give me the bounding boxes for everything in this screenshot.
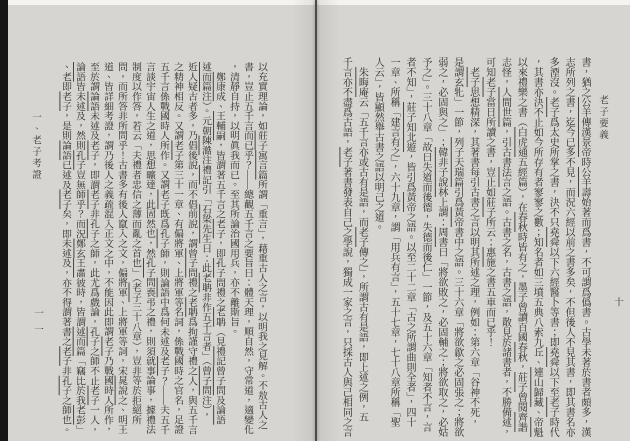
proper-noun-mark: 老子 <box>547 97 558 117</box>
text-column: 制度以作答，若云「夫禮者忠信之薄而亂之首也」（老子三十八章），豈非等於拒絕所 <box>128 62 142 441</box>
book-scan-spread: 老子要義 十 書，猶之公羊傳漢景帝時公羊壽始著而爲書，不可謂爲僞書。古學未著於書… <box>0 0 630 441</box>
proper-noun-mark: 王輔嗣 <box>214 111 225 140</box>
proper-noun-mark: 黃帝 <box>404 192 415 212</box>
proper-noun-mark: 論語 <box>88 91 99 111</box>
proper-noun-mark: 寓言篇 <box>256 150 267 179</box>
running-head-book-title: 老子要義 <box>595 95 609 141</box>
proper-noun-mark: 禮記 <box>214 346 225 366</box>
proper-noun-mark: 老彭 <box>74 405 85 425</box>
proper-noun-mark: 白虎通 <box>515 127 526 157</box>
text-column: 問，而所答非所問乎！古書多有後人竄入之文，偏將軍、上將軍等詞，宋晁說之、明王 <box>114 62 128 441</box>
proper-noun-mark: 莊子 <box>404 102 415 122</box>
proper-noun-mark: 莊子 <box>484 197 495 217</box>
text-column: 志所列之書，迄今已多不見，而況六經以前之書多矣，不但後人不見其書，即其書名亦 <box>560 57 576 439</box>
proper-noun-mark: 列子 <box>452 137 463 157</box>
gutter-shadow-left <box>291 0 315 441</box>
text-column: 千言亦不盡爲古語，老子著書發表自己之學說，獨成一家之言，只採古人與己相同之言 <box>338 57 354 439</box>
proper-noun-mark: 述而篇 <box>74 327 85 356</box>
proper-noun-mark: 春秋 <box>515 212 526 232</box>
text-column: 志怪，人間世篇，引古書法言之語。古書之名，古書之語，散見於諸書者，不勝備述， <box>497 57 513 439</box>
text-column: 書，猶之公羊傳漢景帝時公羊壽始著而爲書，不可謂爲僞書。古學未著於書者頗多，漢 <box>576 57 592 439</box>
proper-noun-mark: 韓非子 <box>436 147 447 177</box>
proper-noun-mark: 論語 <box>158 278 169 298</box>
proper-noun-mark: 禮記 <box>200 165 211 185</box>
proper-noun-mark: 惠施 <box>484 247 495 267</box>
text-column: 以來禮樂之書（白虎通五經篇），在春秋時皆有之，墨子曾讀百國春秋，莊子曾閱齊諧 <box>512 57 528 439</box>
text-column: 述而篇注）。元朝陳澔注禮記引「石梁先生曰：此老聃非作五千言者」（曾子問注）， <box>198 62 212 441</box>
proper-noun-mark: 漢景帝 <box>579 127 590 157</box>
text-column: 可知老子當日所讀之書，豈止如莊子所云：惠施之書五車而已乎！ <box>481 57 497 439</box>
proper-noun-mark: 老聃 <box>186 297 197 317</box>
text-column: 以充實理論，如莊子寓言篇所謂「重言」，藉重古人之言，以明我之見解。不敖古人之 <box>254 62 268 441</box>
text-column: 鄭康成、王輔嗣，皆謂著五千言之老子，即孔子問禮之老聃（見禮記曾子問及論語 <box>212 62 226 441</box>
proper-noun-mark: 孔子 <box>74 150 85 170</box>
text-column: 弱之，必固與之」；韓非子說林上謂：周書曰「將欲敗之，必固輔之；將欲取之，必姑 <box>433 57 449 439</box>
proper-noun-mark: 老子 <box>88 189 99 209</box>
proper-noun-mark: 曾子問 <box>214 366 225 395</box>
proper-noun-mark: 老子 <box>214 219 225 239</box>
scan-left-edge <box>0 0 8 441</box>
proper-noun-mark: 堯舜 <box>547 227 558 247</box>
proper-noun-mark: 石梁先生 <box>200 204 211 243</box>
proper-noun-mark: 孔子 <box>214 258 225 278</box>
proper-noun-mark: 老子 <box>88 140 99 160</box>
text-column: 近人疑古者多，乃倡後說，而不倡前說，謂曾子問禮之老聃爲拘謹守禮之人，與五千言 <box>184 62 198 441</box>
text-column: ，其書亦決不止如今所存有者寥寥之數；知名者如三墳五典八索九丘、連山歸藏、帝魁 <box>528 57 544 439</box>
proper-noun-mark: 孔子 <box>88 327 99 347</box>
proper-noun-mark: 帝魁 <box>531 417 542 437</box>
proper-noun-mark: 朱晦庵 <box>356 67 367 97</box>
page-number-right: 十 <box>610 297 624 307</box>
proper-noun-mark: 孔子 <box>158 229 169 249</box>
page-number-left: 一一 <box>30 308 44 341</box>
proper-noun-mark: 人間世篇 <box>499 87 510 127</box>
proper-noun-mark: 老子 <box>547 397 558 417</box>
proper-noun-mark: 莊子 <box>515 372 526 392</box>
proper-noun-mark: 老子 <box>130 283 141 303</box>
proper-noun-mark: 法言 <box>499 167 510 187</box>
proper-noun-mark: 老聃 <box>200 273 211 293</box>
margin-chapter-label: 一、老子考證 <box>28 112 42 181</box>
text-column: 五千言係戰國時人所作。又謂老子既爲孔子師，則論語中爲何未述及老子？——夫五千 <box>156 62 170 441</box>
text-column: 、老即老子，是則論語已述及老子矣，即未述及，亦不得謂著書之老子非孔子之師也。 <box>58 62 72 441</box>
proper-noun-mark: 老子 <box>88 385 99 405</box>
proper-noun-mark: 老子 <box>468 67 479 87</box>
proper-noun-mark: 老子 <box>60 346 71 366</box>
proper-noun-mark: 述而篇 <box>200 62 211 91</box>
text-column: 者不知」，莊子知北遊，皆引爲黃帝之語。以至二十二章「古之所謂曲則全者」，四十 <box>401 57 417 439</box>
proper-noun-mark: 論語 <box>60 140 71 160</box>
proper-noun-mark: 公羊傳 <box>579 97 590 127</box>
proper-noun-mark: 墨子 <box>515 282 526 302</box>
proper-noun-mark: 老子 <box>340 147 351 167</box>
proper-noun-mark: 老子 <box>102 336 113 356</box>
text-column: 之精神相反。又謂老子第三十一章、有偏將軍、上將軍等名詞，係戰國時之官名，足證 <box>170 62 184 441</box>
proper-noun-mark: 黃帝 <box>452 207 463 227</box>
proper-noun-mark: 堯舜 <box>547 347 558 367</box>
proper-noun-mark: 鄭康成 <box>214 72 225 101</box>
proper-noun-mark: 孔子 <box>144 258 155 278</box>
proper-noun-mark: 老子 <box>356 227 367 247</box>
proper-noun-mark: 老子 <box>60 189 71 209</box>
text-column: ，清靜自持，以明眞我而已。至其所論治國用兵，亦不離斯旨。 <box>226 62 240 441</box>
proper-noun-mark: 王肅 <box>74 258 85 278</box>
proper-noun-mark: 天瑞篇 <box>452 157 463 187</box>
proper-noun-mark: 連山 <box>531 367 542 387</box>
proper-noun-mark: 晁說之 <box>116 376 127 405</box>
proper-noun-mark: 老聃 <box>214 307 225 327</box>
proper-noun-mark: 老子 <box>484 77 495 97</box>
proper-noun-mark: 老子 <box>172 140 183 160</box>
proper-noun-mark: 說林 <box>436 177 447 197</box>
left-page-text-block: 以充實理論，如莊子寓言篇所謂「重言」，藉重古人之言，以明我之見解。不敖古人之書，… <box>58 62 268 441</box>
text-column: 老子思想精深，其著書每引古書之言以明其所述之理，例如：第六章「谷神不死， <box>465 57 481 439</box>
proper-noun-mark: 春秋 <box>515 342 526 362</box>
proper-noun-mark: 孔子 <box>60 376 71 396</box>
proper-noun-mark: 老子 <box>158 356 169 376</box>
proper-noun-mark: 孔子 <box>88 219 99 239</box>
text-column: 至於謂論語未述及老子，即謂老子非孔子之師，此尤爲戲論，孔子之師不止老子一人， <box>86 62 100 441</box>
text-column: 人云」，皆顯然舉古書之語以明己之道。 <box>369 57 385 439</box>
proper-noun-mark: 周書 <box>436 227 447 247</box>
text-column: 論語皆未述及，然則孔子豈無師乎？而況鄭玄王肅彼時，皆謂述而篇「竊比於我老彭」 <box>72 62 86 441</box>
proper-noun-mark: 曾子問 <box>200 366 211 395</box>
text-column: 是謂玄牝」一節，列子天瑞篇引爲黃帝書中之語。三十六章「將欲歙之必固張之；將欲 <box>449 57 465 439</box>
proper-noun-mark: 公羊壽 <box>579 167 590 197</box>
text-column: 一章、所稱「建言有之」，六十九章，謂「用兵有言」，五十七章，七十八章所稱「聖 <box>385 57 401 439</box>
proper-noun-mark: 論語 <box>214 405 225 425</box>
proper-noun-mark: 曾子問 <box>186 248 197 277</box>
text-column: 朱晦庵云「五千言亦或古有是語，而老子傳之」，所謂古有是語，即上述之例，五 <box>353 57 369 439</box>
proper-noun-mark: 齊諧 <box>515 412 526 432</box>
text-column: 書，豈止五千言而已乎？——總觀五千言之要旨曰：體天理，順自然，守常道，適變化 <box>240 62 254 441</box>
proper-noun-mark: 陳澔 <box>200 136 211 156</box>
proper-noun-mark: 知北遊 <box>404 122 415 152</box>
proper-noun-mark: 莊子 <box>256 131 267 151</box>
proper-noun-mark: 鄭玄 <box>74 238 85 258</box>
text-column: 道、皆詳細考證，謂乃後人之義疏混入正文之中，不能因此即謂老子乃戰國時人所作， <box>100 62 114 441</box>
text-column: 予之」。三十八章「故曰失道而後德，失德而後仁」一節，及五十六章「知者不言，言 <box>417 57 433 439</box>
proper-noun-mark: 老子 <box>158 189 169 209</box>
text-column: 多湮沒。老子爲太史所掌之書，決不只堯舜以下六經醫卜等書；即堯舜以下至老子時代 <box>544 57 560 439</box>
right-page-text-block: 書，猶之公羊傳漢景帝時公羊壽始著而爲書，不可謂爲僞書。古學未著於書者頗多，漢志所… <box>338 57 593 439</box>
scan-top-edge <box>8 0 630 5</box>
proper-noun-mark: 論語 <box>74 62 85 82</box>
proper-noun-mark: 歸藏 <box>531 387 542 407</box>
proper-noun-mark: 老子 <box>60 91 71 111</box>
text-column: 言談宇宙人生之道，思想曠達，此固然也，然孔子問喪弔之禮，則須就事論事，據禮法 <box>142 62 156 441</box>
page-gutter-divider <box>315 0 317 441</box>
